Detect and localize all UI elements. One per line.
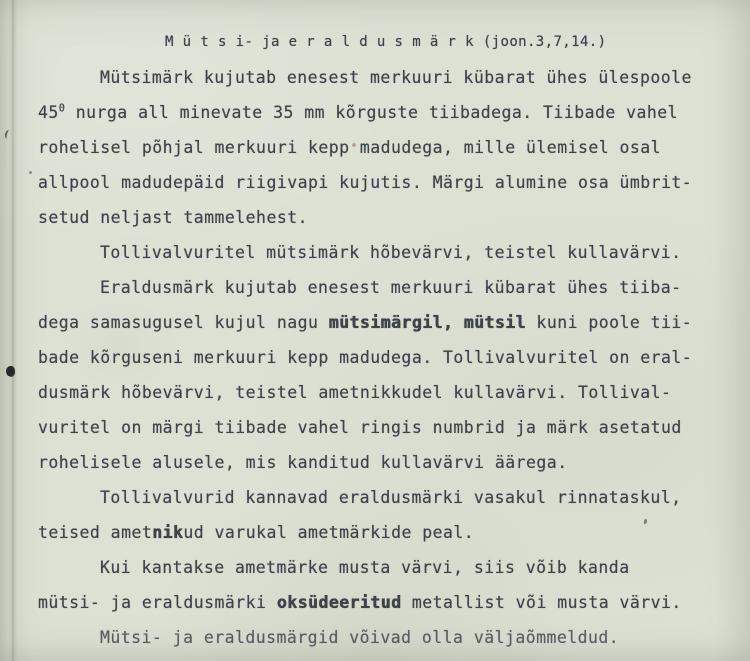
text-segment: Tollivalvuritel mütsimärk hõbevärvi, tei…	[100, 243, 682, 262]
text-line: Tollivalvurid kannavad eraldusmärki vasa…	[38, 480, 722, 515]
text-line: Tollivalvuritel mütsimärk hõbevärvi, tei…	[38, 235, 722, 270]
text-segment: dusmärk hõbevärvi, teistel ametnikkudel …	[38, 383, 671, 402]
text-segment: mütsi- ja eraldusmärki	[38, 593, 277, 612]
text-line: rohelisele alusele, mis kanditud kullavä…	[38, 445, 722, 480]
text-segment: Tollivalvurid kannavad eraldusmärki vasa…	[100, 488, 682, 507]
text-segment: ud varukal ametmärkide peal.	[183, 523, 474, 542]
text-line: mütsi- ja eraldusmärki oksüdeeritud meta…	[38, 585, 722, 620]
paper-fold-crease	[12, 0, 14, 661]
text-segment: bade kõrguseni merkuuri kepp madudega. T…	[38, 348, 692, 367]
text-line: dusmärk hõbevärvi, teistel ametnikkudel …	[38, 375, 722, 410]
text-line: vuritel on märgi tiibade vahel ringis nu…	[38, 410, 722, 445]
document-content: M ü t s i- ja e r a l d u s m ä r k (joo…	[38, 24, 722, 655]
text-segment: Kui kantakse ametmärke musta värvi, siis…	[100, 558, 630, 577]
text-line: rohelisel põhjal merkuuri kepp madudega,…	[38, 130, 722, 165]
text-segment: kuni poole tii-	[526, 313, 692, 332]
text-segment: vuritel on märgi tiibade vahel ringis nu…	[38, 418, 682, 437]
margin-pen-blot	[5, 365, 15, 376]
text-line: Kui kantakse ametmärke musta värvi, siis…	[38, 550, 722, 585]
text-line: dega samasugusel kujul nagu mütsimärgil,…	[38, 305, 722, 340]
text-segment: dega samasugusel kujul nagu	[38, 313, 329, 332]
text-segment: Mütsi- ja eraldusmärgid võivad olla välj…	[100, 628, 619, 647]
text-line: teised ametnikud varukal ametmärkide pea…	[38, 515, 722, 550]
text-line: Mütsimärk kujutab enesest merkuuri kübar…	[38, 60, 722, 95]
emphasized-text: nik	[152, 523, 183, 542]
text-segment: teised amet	[38, 523, 152, 542]
text-segment: rohelisel põhjal merkuuri kepp madudega,…	[38, 138, 661, 157]
text-segment: setud neljast tammelehest.	[38, 208, 308, 227]
text-line: allpool madudepäid riigivapi kujutis. Mä…	[38, 165, 722, 200]
text-line: Mütsi- ja eraldusmärgid võivad olla välj…	[38, 620, 722, 655]
text-line: Eraldusmärk kujutab enesest merkuuri küb…	[38, 270, 722, 305]
text-segment: metallist või musta värvi.	[401, 593, 681, 612]
text-line: bade kõrguseni merkuuri kepp madudega. T…	[38, 340, 722, 375]
text-segment: Mütsimärk kujutab enesest merkuuri kübar…	[100, 68, 692, 87]
text-line: setud neljast tammelehest.	[38, 200, 722, 235]
paper-speck	[29, 171, 32, 174]
document-title: M ü t s i- ja e r a l d u s m ä r k (joo…	[165, 24, 722, 60]
text-segment: nurga all minevate 35 mm kõrguste tiibad…	[65, 103, 678, 122]
scanned-document-page: M ü t s i- ja e r a l d u s m ä r k (joo…	[0, 0, 750, 661]
text-segment: allpool madudepäid riigivapi kujutis. Mä…	[38, 173, 692, 192]
emphasized-text: oksüdeeritud	[277, 593, 402, 612]
text-segment: Eraldusmärk kujutab enesest merkuuri küb…	[100, 278, 682, 297]
emphasized-text: mütsimärgil, mütsil	[329, 313, 526, 332]
text-segment: rohelisele alusele, mis kanditud kullavä…	[38, 453, 568, 472]
document-body: Mütsimärk kujutab enesest merkuuri kübar…	[38, 60, 722, 655]
text-segment: 45	[38, 103, 59, 122]
text-line: 450 nurga all minevate 35 mm kõrguste ti…	[38, 95, 722, 130]
margin-ink-tick	[4, 129, 12, 139]
